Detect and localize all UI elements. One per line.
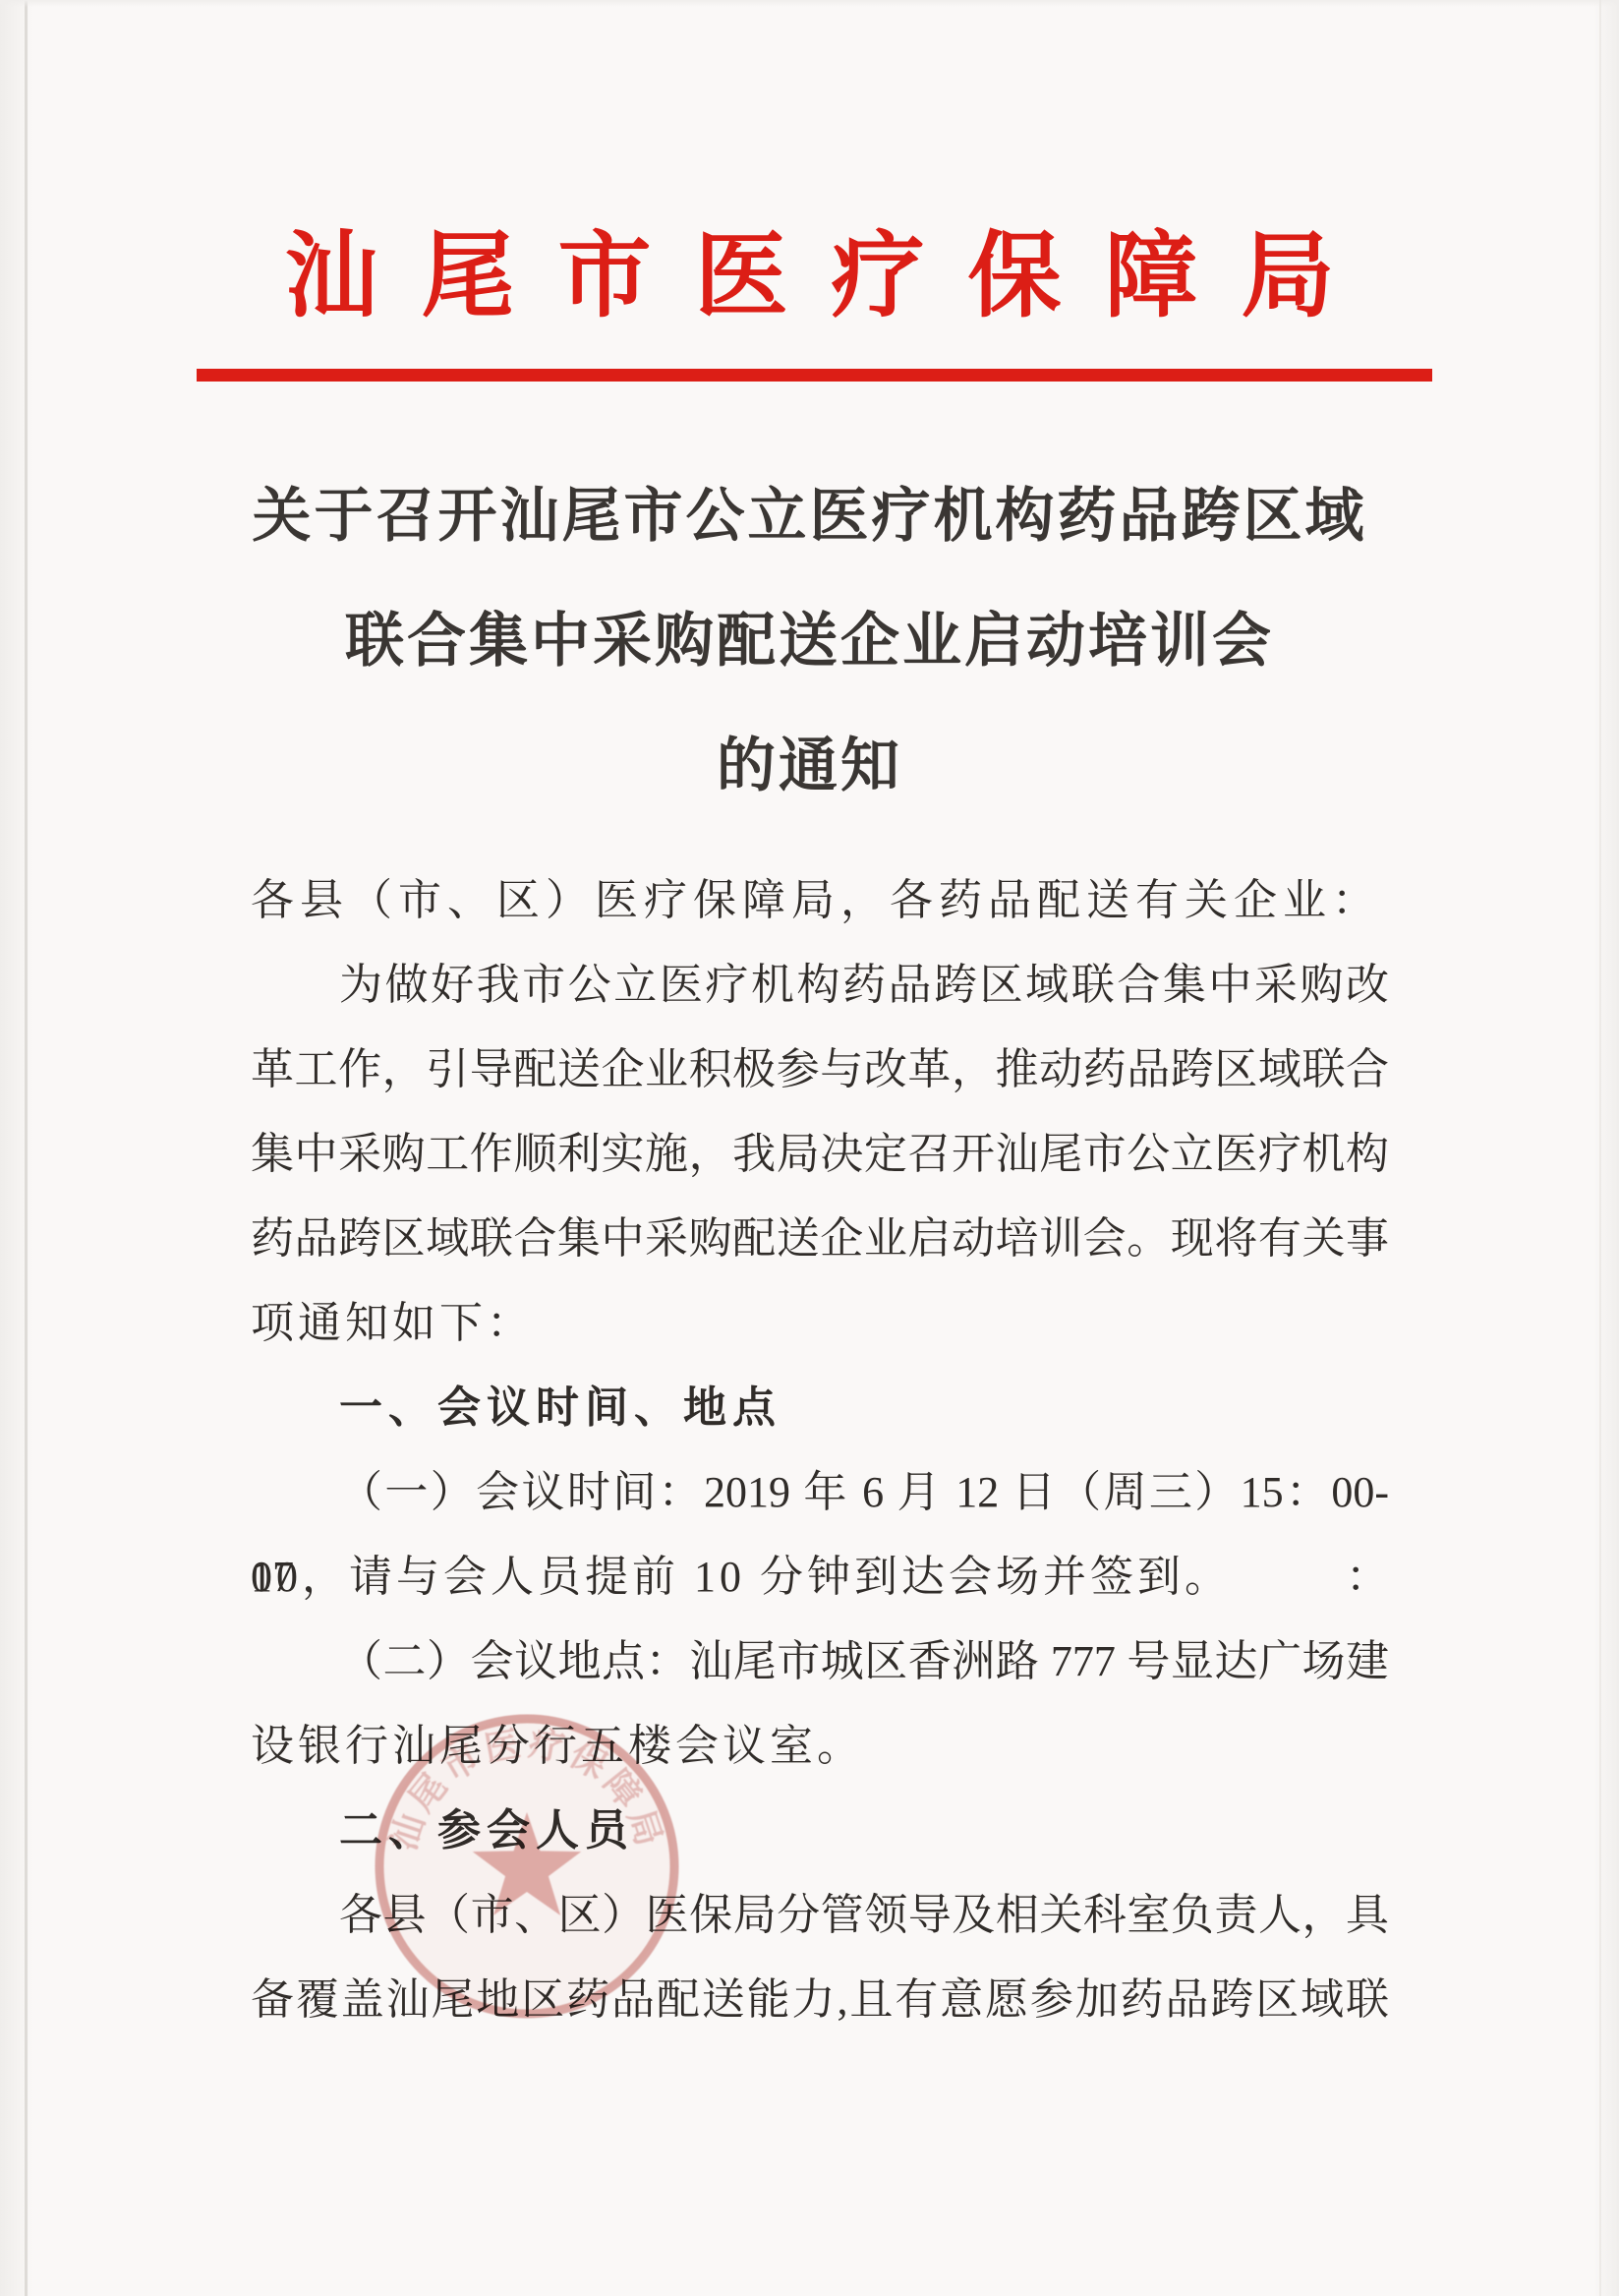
scanned-notice-page: { "document": { "agency": "汕尾市医疗保障局", "t… [0,0,1619,2296]
scan-edge-right-shade [1593,0,1619,2296]
meeting-location-line: 设银行汕尾分行五楼会议室。 [251,1704,1389,1789]
salutation-line: 各县（市、区）医疗保障局，各药品配送有关企业： [251,858,1389,943]
document-title-line-2: 联合集中采购配送企业启动培训会 [0,579,1619,704]
paragraph-line: 药品跨区域联合集中采购配送企业启动培训会。现将有关事 [251,1197,1389,1281]
document-title-line-1: 关于召开汕尾市公立医疗机构药品跨区域 [0,454,1619,579]
meeting-time-line: （一）会议时间：2019 年 6 月 12 日（周三）15：00-17： [251,1450,1389,1535]
scan-edge-left-shade [0,0,33,2296]
section-heading-1: 一、会议时间、地点 [251,1366,1389,1450]
letterhead-agency-name: 汕尾市医疗保障局 [22,228,1619,326]
paragraph-line: 为做好我市公立医疗机构药品跨区域联合集中采购改 [251,943,1389,1028]
paragraph-line: 集中采购工作顺利实施，我局决定召开汕尾市公立医疗机构 [251,1112,1389,1197]
scan-edge-top-shade [0,0,1619,7]
participants-line: 各县（市、区）医保局分管领导及相关科室负责人，具 [251,1873,1389,1958]
meeting-time-line: 00，请与会人员提前 10 分钟到达会场并签到。 [251,1535,1389,1619]
document-title: 关于召开汕尾市公立医疗机构药品跨区域 联合集中采购配送企业启动培训会 的通知 [0,454,1619,829]
meeting-location-line: （二）会议地点：汕尾市城区香洲路 777 号显达广场建 [251,1619,1389,1704]
paragraph-line: 项通知如下： [251,1281,1389,1366]
section-heading-2: 二、参会人员 [251,1789,1389,1873]
scan-edge-left-line [25,0,28,2296]
participants-line: 备覆盖汕尾地区药品配送能力,且有意愿参加药品跨区域联 [251,1958,1389,2042]
scan-edge-right-line [1599,0,1601,2296]
letterhead-red-rule [197,369,1432,382]
document-title-line-3: 的通知 [0,704,1619,829]
document-body: 各县（市、区）医疗保障局，各药品配送有关企业： 为做好我市公立医疗机构药品跨区域… [251,858,1389,2042]
paragraph-line: 革工作，引导配送企业积极参与改革，推动药品跨区域联合 [251,1028,1389,1112]
